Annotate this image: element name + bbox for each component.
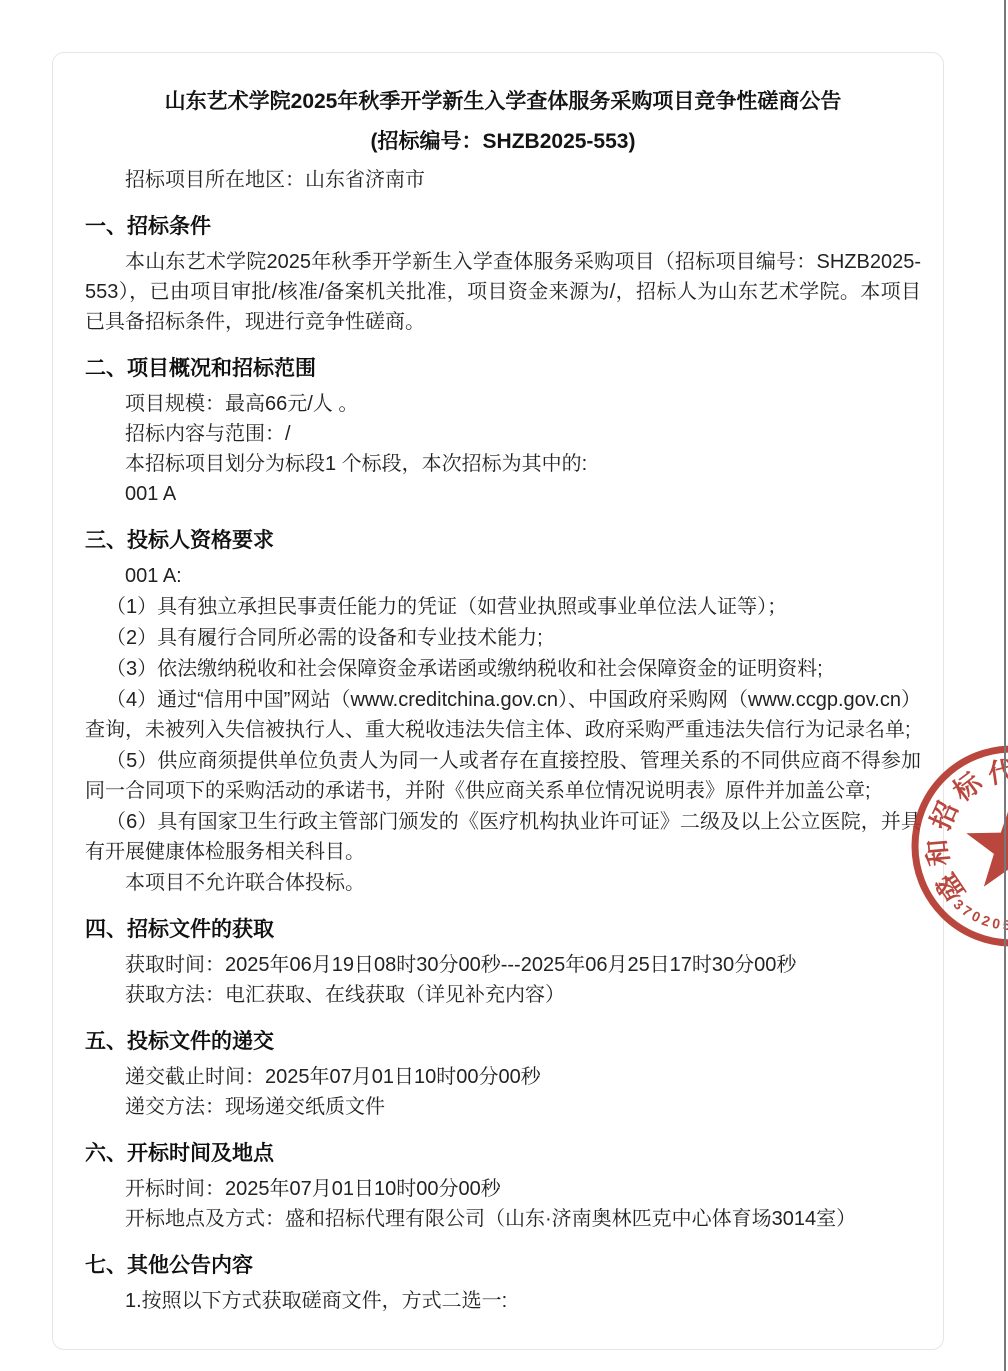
paragraph-line: 001 A: — [85, 561, 921, 591]
paragraph-line: 招标内容与范围：/ — [85, 419, 921, 449]
doc-title: 山东艺术学院2025年秋季开学新生入学查体服务采购项目竞争性磋商公告 — [85, 87, 921, 117]
paragraph-line: 1.按照以下方式获取磋商文件，方式二选一: — [85, 1286, 921, 1316]
section-heading: 七、其他公告内容 — [85, 1252, 921, 1280]
paragraph-line: 001 A — [85, 479, 921, 509]
paragraph-line: （2）具有履行合同所必需的设备和专业技术能力; — [85, 623, 921, 653]
seal-character: 标 — [947, 766, 988, 807]
window-edge-divider — [1004, 0, 1006, 1371]
paragraph-line: （6）具有国家卫生行政主管部门颁发的《医疗机构执业许可证》二级及以上公立医院，并… — [85, 807, 921, 867]
section-heading: 五、投标文件的递交 — [85, 1028, 921, 1056]
tender-number: (招标编号：SHZB2025-553) — [85, 127, 921, 157]
location-line: 招标项目所在地区：山东省济南市 — [85, 165, 921, 195]
section-heading: 四、招标文件的获取 — [85, 916, 921, 944]
section-heading: 二、项目概况和招标范围 — [85, 355, 921, 383]
paragraph-line: （5）供应商须提供单位负责人为同一人或者存在直接控股、管理关系的不同供应商不得参… — [85, 746, 921, 806]
paragraph-line: 递交方法：现场递交纸质文件 — [85, 1092, 921, 1122]
paragraph-line: 获取方法：电汇获取、在线获取（详见补充内容） — [85, 980, 921, 1010]
section-heading: 一、招标条件 — [85, 213, 921, 241]
paragraph-line: 递交截止时间：2025年07月01日10时00分00秒 — [85, 1062, 921, 1092]
paragraph-line: 获取时间：2025年06月19日08时30分00秒---2025年06月25日1… — [85, 950, 921, 980]
seal-star-icon — [966, 800, 1008, 887]
content-card: 山东艺术学院2025年秋季开学新生入学查体服务采购项目竞争性磋商公告 (招标编号… — [52, 52, 944, 1350]
paragraph-line: 本招标项目划分为标段1 个标段，本次招标为其中的: — [85, 449, 921, 479]
paragraph-line: 开标时间：2025年07月01日10时00分00秒 — [85, 1174, 921, 1204]
paragraph-line: （1）具有独立承担民事责任能力的凭证（如营业执照或事业单位法人证等）； — [85, 592, 921, 622]
seal-serial: 3702050 — [951, 896, 1008, 933]
section-heading: 三、投标人资格要求 — [85, 527, 921, 555]
paragraph-line: 项目规模：最高66元/人 。 — [85, 389, 921, 419]
sections: 一、招标条件本山东艺术学院2025年秋季开学新生入学查体服务采购项目（招标项目编… — [85, 213, 921, 1316]
paragraph-line: 本山东艺术学院2025年秋季开学新生入学查体服务采购项目（招标项目编号：SHZB… — [85, 247, 921, 337]
paragraph-line: 本项目不允许联合体投标。 — [85, 868, 921, 898]
paragraph-line: （4）通过“信用中国”网站（www.creditchina.gov.cn）、中国… — [85, 685, 921, 745]
paragraph-line: （3）依法缴纳税收和社会保障资金承诺函或缴纳税收和社会保障资金的证明资料; — [85, 654, 921, 684]
section-heading: 六、开标时间及地点 — [85, 1140, 921, 1168]
page-background: 山东艺术学院2025年秋季开学新生入学查体服务采购项目竞争性磋商公告 (招标编号… — [0, 0, 1008, 1371]
paragraph-line: 开标地点及方式：盛和招标代理有限公司（山东·济南奥林匹克中心体育场3014室） — [85, 1204, 921, 1234]
